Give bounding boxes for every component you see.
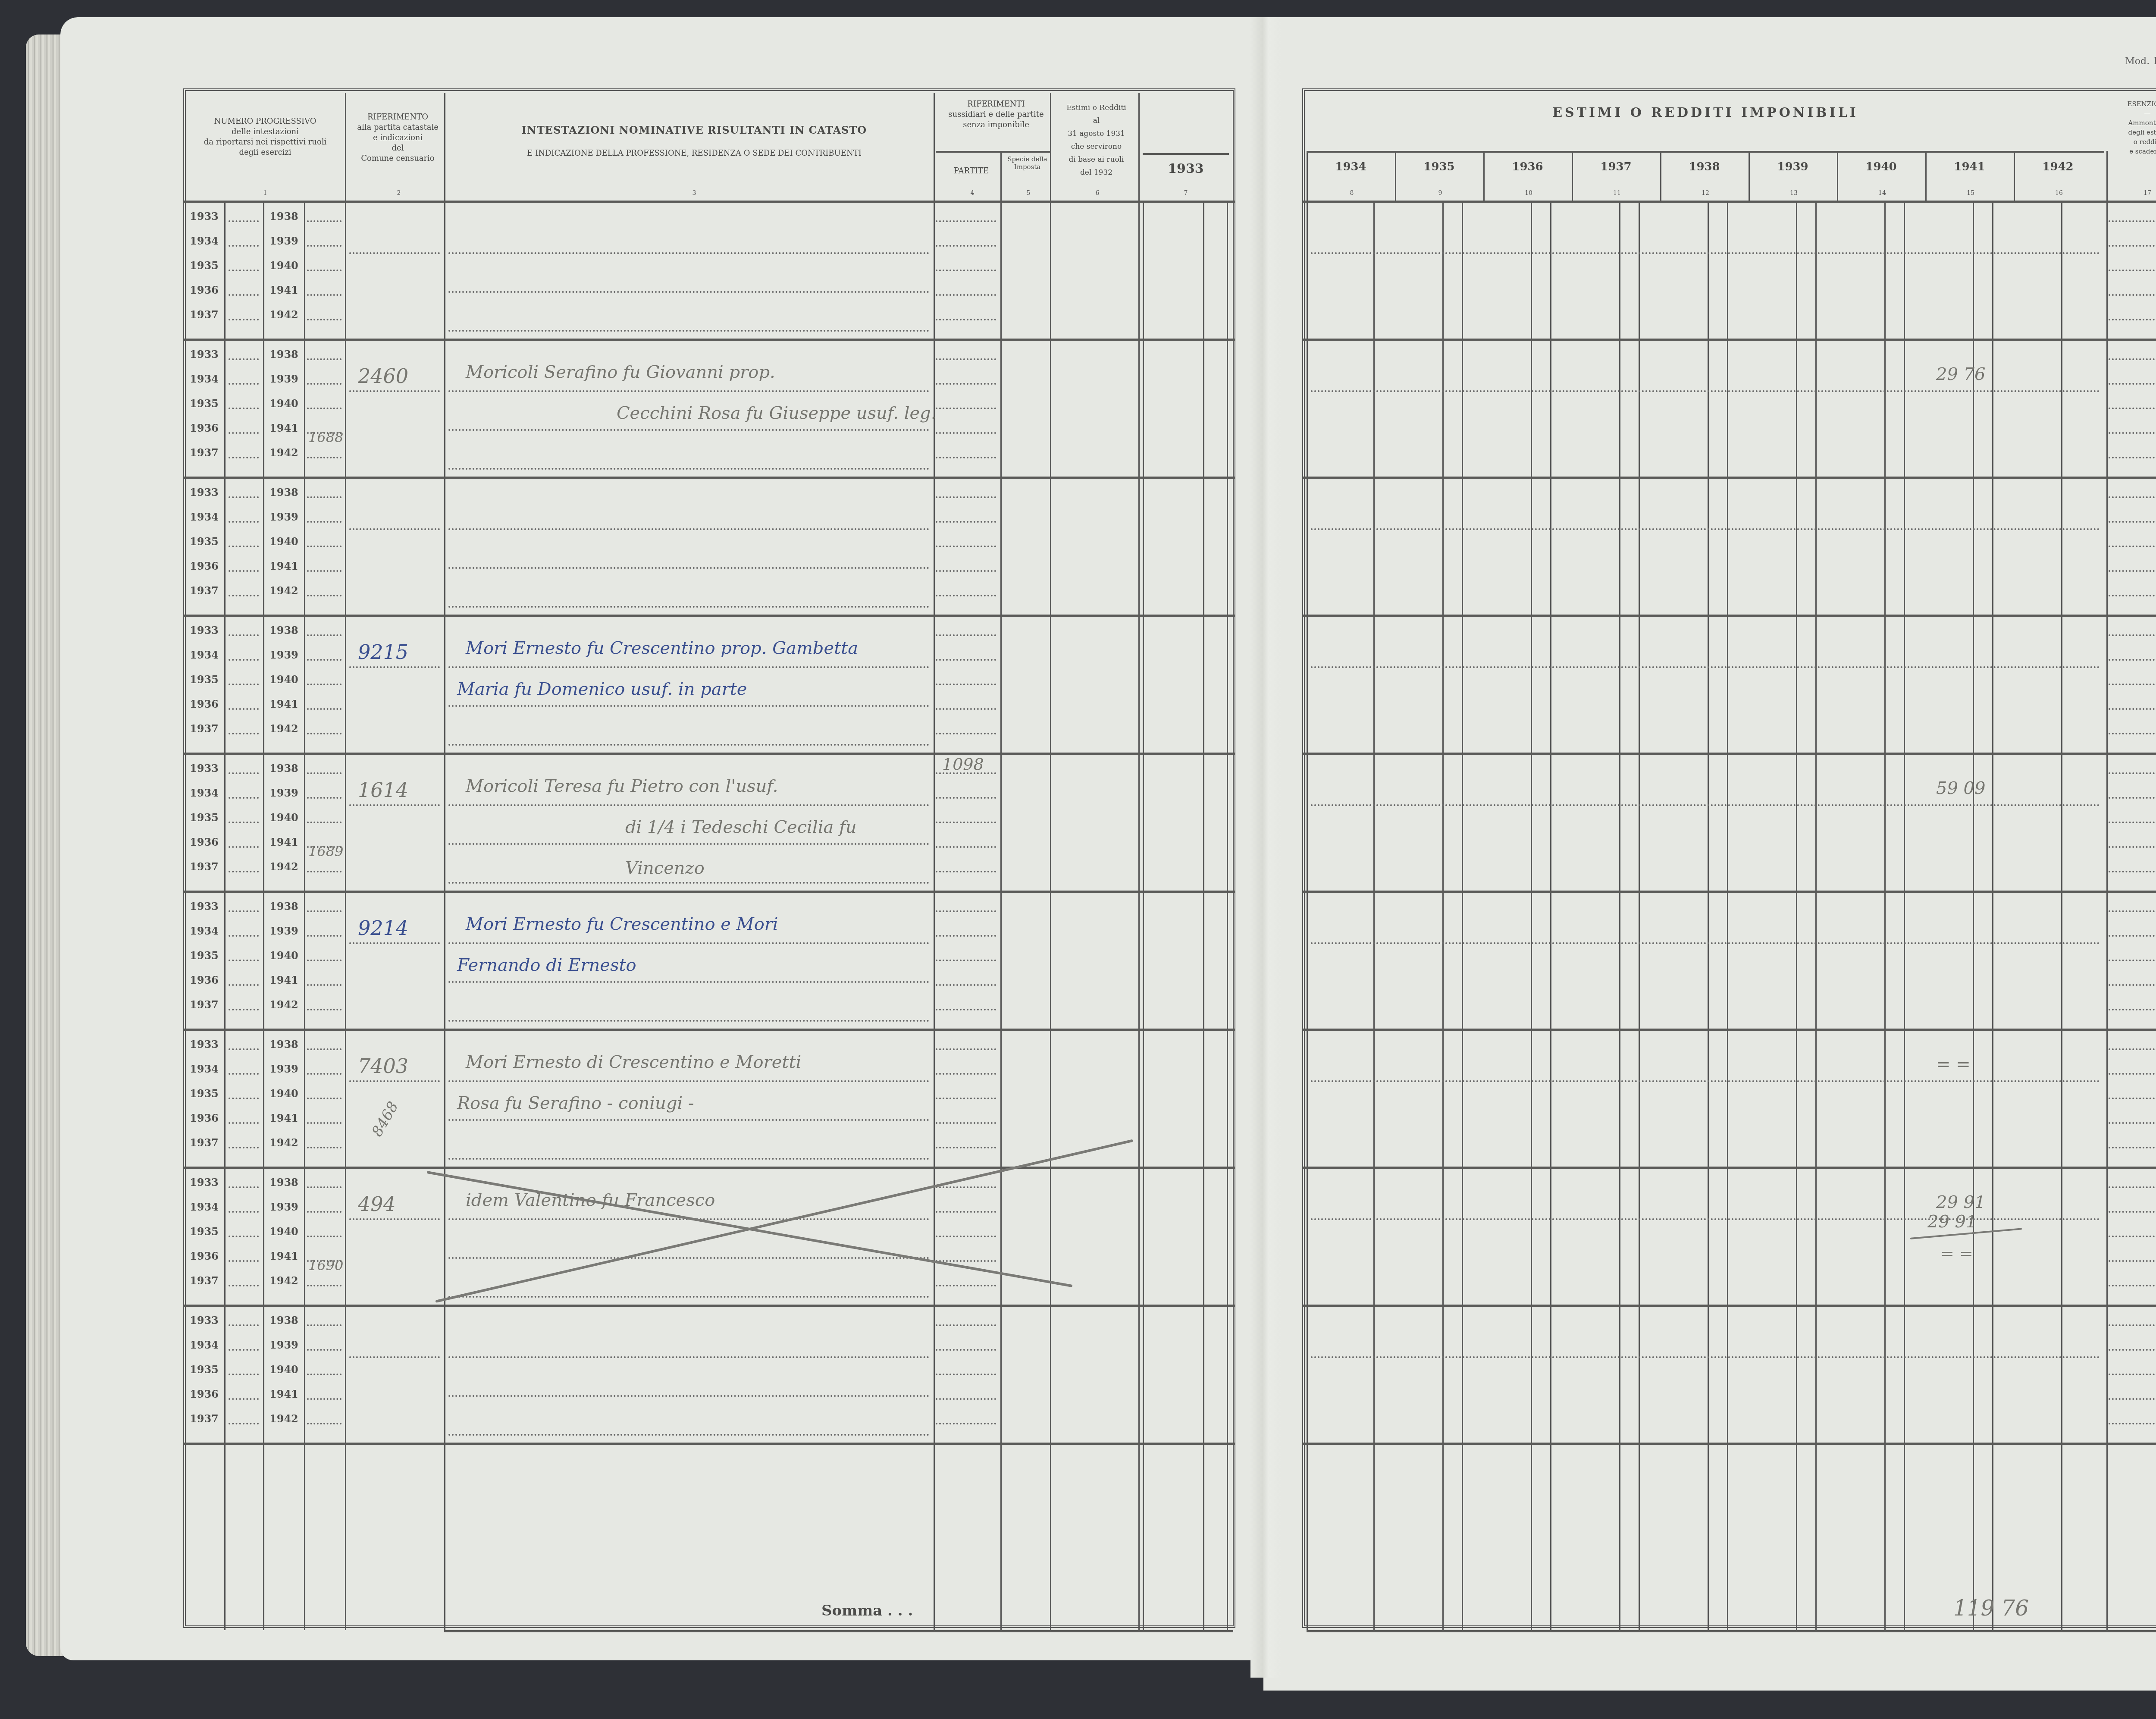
dotted-rule xyxy=(307,1236,342,1237)
dotted-rule xyxy=(307,1048,342,1050)
header-esenzioni-line: degli estimi xyxy=(2106,128,2156,137)
year-label: 1941 xyxy=(269,698,298,710)
dotted-rule xyxy=(229,1186,259,1188)
dotted-rule xyxy=(1311,252,2100,254)
contributor-line: Moricoli Serafino fu Giovanni prop. xyxy=(466,362,775,382)
dotted-rule xyxy=(349,804,440,806)
dotted-rule xyxy=(936,984,996,986)
dotted-rule xyxy=(1311,666,2100,668)
dotted-rule xyxy=(307,1186,342,1188)
dotted-rule xyxy=(229,220,259,222)
name-line xyxy=(448,666,929,668)
name-line xyxy=(448,804,929,806)
dotted-rule xyxy=(229,319,259,320)
right-register-table xyxy=(1302,88,2156,1628)
year-label: 1936 xyxy=(190,698,219,710)
header-col7-year: 1933 xyxy=(1143,164,1229,174)
header-col45-title: RIFERIMENTI xyxy=(940,99,1052,110)
column-number: 11 xyxy=(1611,190,1623,197)
dotted-rule xyxy=(307,457,342,458)
year-label: 1933 xyxy=(190,210,219,223)
header-year-1938: 1938 xyxy=(1660,162,1749,172)
dotted-rule xyxy=(229,797,259,799)
year-label: 1938 xyxy=(269,348,298,361)
column-rule xyxy=(1904,201,1905,1630)
dotted-rule xyxy=(936,822,996,823)
name-line xyxy=(448,1395,929,1397)
dotted-rule xyxy=(936,1324,996,1326)
dotted-rule xyxy=(349,390,440,392)
column-number: 4 xyxy=(966,190,979,197)
year-label: 1940 xyxy=(269,1087,298,1100)
year-label: 1940 xyxy=(269,535,298,548)
name-line xyxy=(448,1020,929,1022)
header-year-1941: 1941 xyxy=(1925,162,2014,172)
year-label: 1933 xyxy=(190,486,219,499)
value-1941: 59 09 xyxy=(1936,778,1986,798)
column-rule xyxy=(1203,201,1204,1630)
year-label: 1937 xyxy=(190,584,219,597)
name-line xyxy=(448,291,929,293)
dotted-rule xyxy=(229,457,259,458)
header-year-1942: 1942 xyxy=(2014,162,2102,172)
dotted-rule xyxy=(2109,1186,2156,1188)
header-col2-line: Comune censuario xyxy=(349,154,446,164)
partita-number: 1614 xyxy=(358,778,408,802)
partita-number: 494 xyxy=(358,1192,396,1216)
dotted-rule xyxy=(229,822,259,823)
dotted-rule xyxy=(2109,772,2156,774)
dotted-rule xyxy=(1311,1356,2100,1358)
dotted-rule xyxy=(229,1260,259,1262)
somma-label: Somma . . . xyxy=(821,1602,913,1619)
dotted-rule xyxy=(229,1073,259,1075)
header-column-rule xyxy=(2014,151,2015,201)
year-label: 1934 xyxy=(190,925,219,937)
dotted-rule xyxy=(229,772,259,774)
header-col1-title: NUMERO PROGRESSIVO xyxy=(185,116,345,127)
contributor-line: Vincenzo xyxy=(625,858,705,878)
dotted-rule xyxy=(2109,1009,2156,1010)
side-number: 1688 xyxy=(308,429,343,445)
year-label: 1939 xyxy=(269,649,298,661)
form-code: Mod. 111 - Imposte Dirette (Intercalare)… xyxy=(2125,56,2156,67)
dotted-rule xyxy=(936,1423,996,1424)
block-rule xyxy=(183,753,1235,755)
partita-number: 2460 xyxy=(358,364,408,388)
year-label: 1940 xyxy=(269,397,298,410)
year-label: 1938 xyxy=(269,624,298,637)
dotted-rule xyxy=(307,797,342,799)
dotted-rule xyxy=(307,521,342,523)
dotted-rule xyxy=(2109,521,2156,523)
partita-number: 9215 xyxy=(358,640,408,664)
header-esenzioni-line: Ammontare xyxy=(2106,118,2156,128)
dotted-rule xyxy=(2109,846,2156,848)
year-label: 1942 xyxy=(269,1136,298,1149)
block-rule xyxy=(1302,753,2156,755)
block-rule xyxy=(183,615,1235,617)
dotted-rule xyxy=(229,1122,259,1124)
year-label: 1936 xyxy=(190,560,219,572)
total-1941: 119 76 xyxy=(1953,1596,2029,1621)
dotted-rule xyxy=(2109,1374,2156,1375)
header-column-rule xyxy=(1660,151,1661,201)
dotted-rule xyxy=(936,634,996,636)
header-year-1940: 1940 xyxy=(1837,162,1925,172)
year-label: 1933 xyxy=(190,762,219,775)
year-label: 1937 xyxy=(190,722,219,735)
year-label: 1933 xyxy=(190,1176,219,1189)
name-line xyxy=(448,528,929,530)
dotted-rule xyxy=(2109,733,2156,734)
dotted-rule xyxy=(2109,1122,2156,1124)
name-line xyxy=(448,981,929,983)
dotted-rule xyxy=(349,1218,440,1220)
header-column-rule xyxy=(1138,93,1140,201)
year-label: 1937 xyxy=(190,446,219,459)
dotted-rule xyxy=(1311,1218,2100,1220)
dotted-rule xyxy=(2109,432,2156,434)
year-label: 1941 xyxy=(269,1112,298,1124)
block-rule xyxy=(1302,1167,2156,1169)
dotted-rule xyxy=(2109,684,2156,685)
header-col2-line: e indicazioni xyxy=(349,133,446,143)
year-label: 1936 xyxy=(190,422,219,434)
partita-number: 9214 xyxy=(358,916,408,940)
column-number: 9 xyxy=(1434,190,1447,197)
dotted-rule xyxy=(307,659,342,661)
header-column-rule xyxy=(1749,151,1750,201)
dotted-rule xyxy=(1311,528,2100,530)
dotted-rule xyxy=(229,546,259,547)
dotted-rule xyxy=(307,1073,342,1075)
value-1941: 29 76 xyxy=(1936,364,1986,384)
dotted-rule xyxy=(229,1398,259,1400)
dotted-rule xyxy=(307,546,342,547)
dotted-rule xyxy=(2109,634,2156,636)
year-label: 1940 xyxy=(269,1225,298,1238)
contributor-line: Mori Ernesto fu Crescentino e Mori xyxy=(466,914,778,934)
column-rule xyxy=(2106,201,2108,1630)
year-label: 1940 xyxy=(269,673,298,686)
column-rule xyxy=(1550,201,1551,1630)
dotted-rule xyxy=(229,1324,259,1326)
dotted-rule xyxy=(936,570,996,572)
year-label: 1934 xyxy=(190,1063,219,1075)
header-col45-line: sussidiari e delle partite xyxy=(940,110,1052,120)
name-line xyxy=(448,1119,929,1121)
block-rule xyxy=(1302,1443,2156,1445)
dotted-rule xyxy=(307,871,342,872)
header-col6-line: 31 agosto 1931 xyxy=(1052,127,1141,140)
year-label: 1941 xyxy=(269,974,298,986)
year-label: 1941 xyxy=(269,422,298,434)
dotted-rule xyxy=(2109,1147,2156,1148)
year-label: 1937 xyxy=(190,1136,219,1149)
dotted-rule xyxy=(349,942,440,944)
dotted-rule xyxy=(936,383,996,385)
dotted-rule xyxy=(229,408,259,409)
side-number: 1689 xyxy=(308,843,343,859)
dotted-rule xyxy=(307,1349,342,1351)
dotted-rule xyxy=(2109,383,2156,385)
dotted-rule xyxy=(2109,708,2156,710)
value-1941: = = xyxy=(1936,1054,1971,1074)
column-number: 8 xyxy=(1345,190,1358,197)
dotted-rule xyxy=(307,595,342,596)
year-label: 1941 xyxy=(269,284,298,296)
dotted-rule xyxy=(2109,1236,2156,1237)
dotted-rule xyxy=(349,528,440,530)
header-column-rule xyxy=(345,93,346,201)
block-rule xyxy=(183,1167,1235,1169)
name-line xyxy=(448,1257,929,1259)
column-rule xyxy=(304,201,305,1630)
dotted-rule xyxy=(349,666,440,668)
name-line xyxy=(448,1434,929,1436)
partite-reference: 1098 xyxy=(942,755,984,774)
dotted-rule xyxy=(229,521,259,523)
year-label: 1940 xyxy=(269,949,298,962)
year-label: 1935 xyxy=(190,535,219,548)
dotted-rule xyxy=(307,1098,342,1099)
year-label: 1942 xyxy=(269,860,298,873)
contributor-line: Rosa fu Serafino - coniugi - xyxy=(457,1093,694,1113)
contributor-line: Moricoli Teresa fu Pietro con l'usuf. xyxy=(466,776,778,796)
dotted-rule xyxy=(2109,1285,2156,1286)
dotted-rule xyxy=(307,910,342,912)
dotted-rule xyxy=(307,822,342,823)
dotted-rule xyxy=(1311,804,2100,806)
dotted-rule xyxy=(936,1073,996,1075)
dotted-rule xyxy=(936,319,996,320)
dotted-rule xyxy=(229,1285,259,1286)
dotted-rule xyxy=(2109,270,2156,271)
name-line xyxy=(448,882,929,884)
column-number: 15 xyxy=(1964,190,1977,197)
contributor-line: Mori Ernesto fu Crescentino prop. Gambet… xyxy=(466,638,858,658)
year-label: 1933 xyxy=(190,1314,219,1327)
year-label: 1935 xyxy=(190,1363,219,1376)
dotted-rule xyxy=(936,1211,996,1213)
name-line xyxy=(448,744,929,746)
dotted-rule xyxy=(2109,1324,2156,1326)
block-rule xyxy=(1302,201,2156,203)
dotted-rule xyxy=(229,358,259,360)
dotted-rule xyxy=(936,1236,996,1237)
dotted-rule xyxy=(2109,245,2156,247)
dotted-rule xyxy=(936,457,996,458)
block-rule xyxy=(183,477,1235,479)
name-line xyxy=(448,606,929,608)
dotted-rule xyxy=(936,521,996,523)
year-label: 1938 xyxy=(269,1314,298,1327)
dotted-rule xyxy=(936,1048,996,1050)
dotted-rule xyxy=(307,220,342,222)
name-line xyxy=(448,252,929,254)
year-label: 1939 xyxy=(269,1201,298,1213)
block-rule xyxy=(1302,891,2156,893)
dotted-rule xyxy=(349,252,440,254)
header-col2-line: alla partita catastale xyxy=(349,122,446,133)
dotted-rule xyxy=(936,270,996,271)
dotted-rule xyxy=(936,1186,996,1188)
column-rule xyxy=(1973,201,1974,1630)
dotted-rule xyxy=(229,910,259,912)
name-line xyxy=(448,1296,929,1298)
column-rule xyxy=(1373,201,1375,1630)
name-line xyxy=(448,705,929,707)
dotted-rule xyxy=(229,935,259,937)
year-label: 1939 xyxy=(269,1063,298,1075)
value-1941-zero: = = xyxy=(1940,1244,1973,1263)
dotted-rule xyxy=(229,245,259,247)
header-column-rule xyxy=(934,93,935,201)
dotted-rule xyxy=(2109,294,2156,296)
column-rule xyxy=(1442,201,1444,1630)
dotted-rule xyxy=(2109,822,2156,823)
year-label: 1936 xyxy=(190,836,219,848)
year-label: 1940 xyxy=(269,259,298,272)
dotted-rule xyxy=(229,1423,259,1424)
block-rule xyxy=(183,1305,1235,1307)
dotted-rule xyxy=(936,1098,996,1099)
header-column-rule xyxy=(1307,151,1308,201)
block-rule xyxy=(1302,477,2156,479)
dotted-rule xyxy=(229,1374,259,1375)
dotted-rule xyxy=(936,871,996,872)
dotted-rule xyxy=(229,294,259,296)
header-col45: RIFERIMENTI sussidiari e delle partite s… xyxy=(940,99,1052,130)
column-rule xyxy=(1619,201,1620,1630)
header-rule xyxy=(1307,151,2104,153)
dotted-rule xyxy=(936,294,996,296)
dotted-rule xyxy=(229,595,259,596)
dotted-rule xyxy=(1311,942,2100,944)
header-column-rule xyxy=(1837,151,1838,201)
dotted-rule xyxy=(229,1048,259,1050)
column-number: 12 xyxy=(1699,190,1712,197)
header-rule xyxy=(1143,153,1229,155)
dotted-rule xyxy=(936,432,996,434)
column-rule xyxy=(1000,201,1002,1630)
dotted-rule xyxy=(229,270,259,271)
dotted-rule xyxy=(936,1147,996,1148)
dotted-rule xyxy=(229,659,259,661)
dotted-rule xyxy=(2109,220,2156,222)
dotted-rule xyxy=(2109,659,2156,661)
year-label: 1935 xyxy=(190,673,219,686)
header-esenzioni-line: ESENZIONI xyxy=(2106,99,2156,109)
dotted-rule xyxy=(307,960,342,961)
year-label: 1942 xyxy=(269,308,298,321)
header-col3-title: INTESTAZIONI NOMINATIVE RISULTANTI IN CA… xyxy=(451,125,938,135)
dotted-rule xyxy=(936,910,996,912)
column-rule xyxy=(345,201,346,1630)
value-1941: 29 91 xyxy=(1936,1192,1986,1212)
dotted-rule xyxy=(936,797,996,799)
header-col6: Estimi o Redditi al 31 agosto 1931 che s… xyxy=(1052,101,1141,179)
column-rule xyxy=(1639,201,1640,1630)
header-esenzioni-line: e scadenze xyxy=(2106,147,2156,156)
column-rule xyxy=(1796,201,1797,1630)
year-label: 1935 xyxy=(190,1225,219,1238)
dotted-rule xyxy=(229,496,259,498)
year-label: 1937 xyxy=(190,860,219,873)
dotted-rule xyxy=(2109,408,2156,409)
header-col2-line: del xyxy=(349,143,446,154)
header-col6-line: al xyxy=(1052,114,1141,127)
dotted-rule xyxy=(2109,546,2156,547)
column-rule xyxy=(1138,201,1140,1630)
dotted-rule xyxy=(936,1122,996,1124)
year-label: 1937 xyxy=(190,1274,219,1287)
dotted-rule xyxy=(936,659,996,661)
dotted-rule xyxy=(229,846,259,848)
column-rule xyxy=(2061,201,2062,1630)
year-label: 1940 xyxy=(269,811,298,824)
year-label: 1939 xyxy=(269,787,298,799)
contributor-line: Mori Ernesto di Crescentino e Moretti xyxy=(466,1052,801,1072)
year-label: 1935 xyxy=(190,1087,219,1100)
year-label: 1941 xyxy=(269,560,298,572)
name-line xyxy=(448,1158,929,1160)
block-rule xyxy=(1302,1029,2156,1031)
dotted-rule xyxy=(229,570,259,572)
year-label: 1942 xyxy=(269,446,298,459)
dotted-rule xyxy=(936,960,996,961)
column-rule xyxy=(1462,201,1463,1630)
header-col3: INTESTAZIONI NOMINATIVE RISULTANTI IN CA… xyxy=(451,125,938,159)
header-column-rule xyxy=(1572,151,1573,201)
year-label: 1934 xyxy=(190,1339,219,1351)
dotted-rule xyxy=(936,546,996,547)
header-column-rule xyxy=(1925,151,1927,201)
year-label: 1940 xyxy=(269,1363,298,1376)
column-rule xyxy=(1727,201,1728,1630)
dotted-rule xyxy=(307,270,342,271)
dotted-rule xyxy=(229,708,259,710)
block-rule xyxy=(1302,1305,2156,1307)
year-label: 1937 xyxy=(190,1412,219,1425)
column-number: 1 xyxy=(259,190,272,197)
dotted-rule xyxy=(307,1009,342,1010)
dotted-rule xyxy=(2109,1098,2156,1099)
column-number: 13 xyxy=(1787,190,1800,197)
year-label: 1935 xyxy=(190,259,219,272)
block-rule xyxy=(183,891,1235,893)
year-label: 1933 xyxy=(190,900,219,913)
column-number: 10 xyxy=(1522,190,1535,197)
name-line xyxy=(448,942,929,944)
dotted-rule xyxy=(307,634,342,636)
dotted-rule xyxy=(2109,1073,2156,1075)
year-label: 1939 xyxy=(269,373,298,385)
right-header-title: ESTIMI O REDDITI IMPONIBILI xyxy=(1307,108,2104,118)
column-number: 16 xyxy=(2053,190,2065,197)
partita-number: 7403 xyxy=(358,1054,408,1078)
dotted-rule xyxy=(2109,570,2156,572)
header-col1: NUMERO PROGRESSIVO delle intestazioni da… xyxy=(185,116,345,158)
dotted-rule xyxy=(229,1349,259,1351)
column-rule xyxy=(1815,201,1817,1630)
header-esenzioni-line: o redditi xyxy=(2106,137,2156,147)
dotted-rule xyxy=(307,1122,342,1124)
year-label: 1942 xyxy=(269,1412,298,1425)
column-number: 17 xyxy=(2141,190,2154,197)
block-rule xyxy=(1302,615,2156,617)
